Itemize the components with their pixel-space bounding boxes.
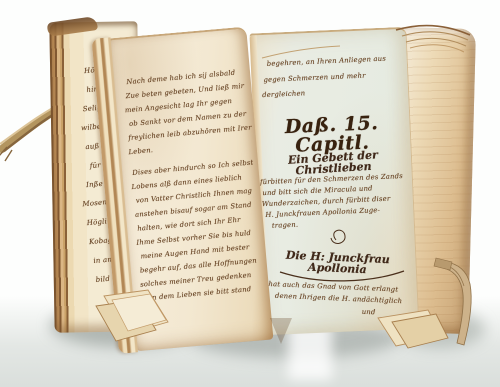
top-leaf-edge bbox=[396, 26, 470, 35]
ribbon-attachment bbox=[434, 258, 452, 270]
manuscript-book-photo: begehren, an Ihren Anliegen aus gegen Sc… bbox=[0, 0, 500, 387]
ink-flourish bbox=[331, 230, 345, 243]
gutter-leaf-edge bbox=[262, 46, 340, 58]
top-leaf-edge bbox=[410, 45, 464, 52]
gutter-shadow bbox=[270, 318, 292, 344]
closure-ribbon bbox=[443, 262, 471, 345]
detail-overlay bbox=[0, 0, 500, 387]
ink-underline-swash bbox=[280, 271, 404, 281]
